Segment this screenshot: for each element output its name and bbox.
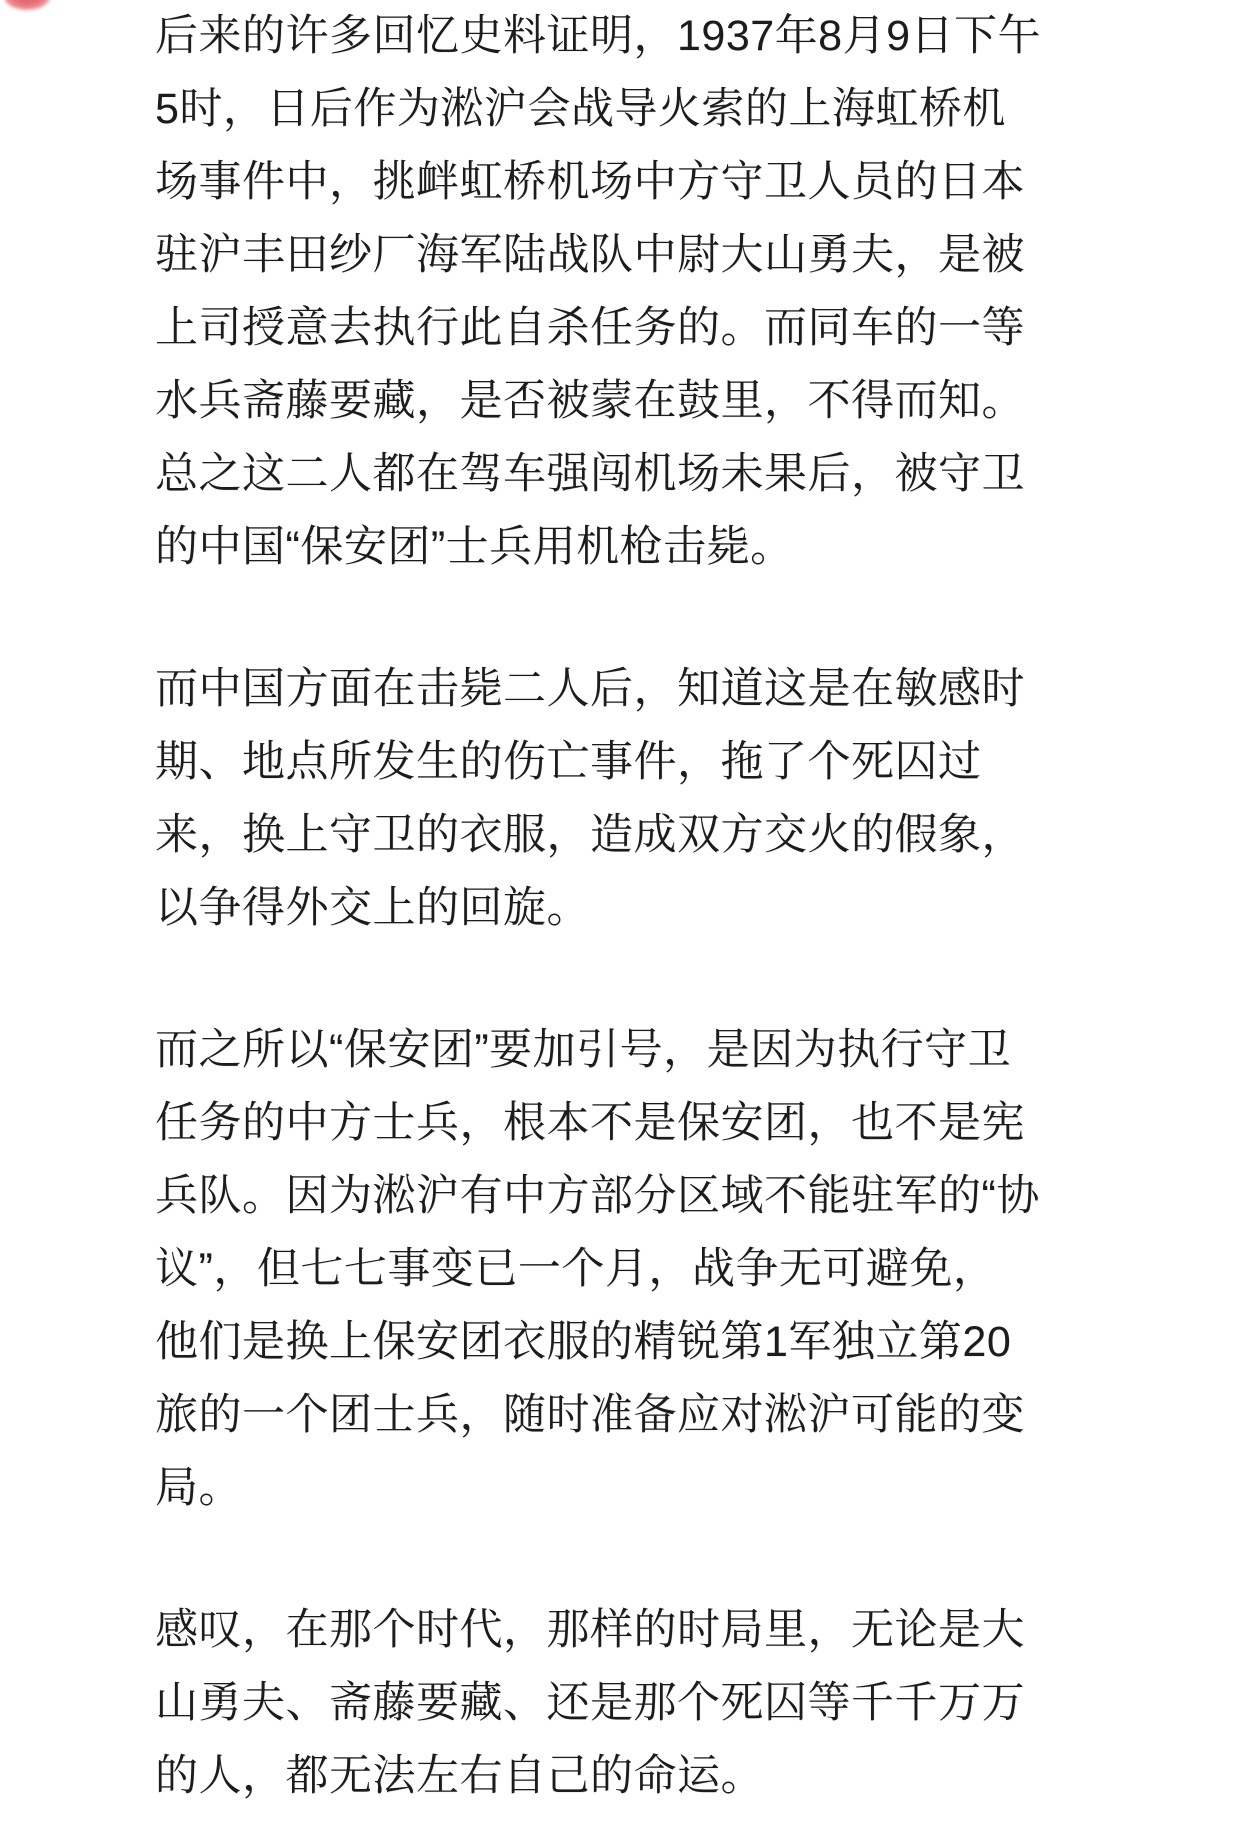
- text-line: 5时，日后作为淞沪会战导火索的上海虹桥机: [155, 73, 1055, 146]
- paragraph: 感叹，在那个时代，那样的时局里，无论是大山勇夫、斋藤要藏、还是那个死囚等千千万万…: [155, 1594, 1055, 1813]
- text-line: 而之所以“保安团”要加引号，是因为执行守卫: [155, 1014, 1055, 1087]
- text-line: 感叹，在那个时代，那样的时局里，无论是大: [155, 1594, 1055, 1667]
- text-line: 任务的中方士兵，根本不是保安团，也不是宪: [155, 1087, 1055, 1160]
- text-line: 驻沪丰田纱厂海军陆战队中尉大山勇夫，是被: [155, 219, 1055, 292]
- text-line: 水兵斋藤要藏，是否被蒙在鼓里，不得而知。: [155, 365, 1055, 438]
- text-line: 的人，都无法左右自己的命运。: [155, 1740, 1055, 1813]
- text-line: 局。: [155, 1452, 1055, 1525]
- text-line: 场事件中，挑衅虹桥机场中方守卫人员的日本: [155, 146, 1055, 219]
- text-line: 的中国“保安团”士兵用机枪击毙。: [155, 511, 1055, 584]
- paragraph: 而之所以“保安团”要加引号，是因为执行守卫任务的中方士兵，根本不是保安团，也不是…: [155, 1014, 1055, 1525]
- text-line: 议”，但七七事变已一个月，战争无可避免，: [155, 1233, 1055, 1306]
- reaction-blob-cutoff-icon: [4, 0, 50, 10]
- text-line: 以争得外交上的回旋。: [155, 872, 1055, 945]
- text-line: 期、地点所发生的伤亡事件，拖了个死囚过: [155, 726, 1055, 799]
- article-text: 后来的许多回忆史料证明，1937年8月9日下午5时，日后作为淞沪会战导火索的上海…: [155, 0, 1055, 1813]
- text-line: 他们是换上保安团衣服的精锐第1军独立第20: [155, 1306, 1055, 1379]
- text-line: 上司授意去执行此自杀任务的。而同车的一等: [155, 292, 1055, 365]
- text-line: 旅的一个团士兵，随时准备应对淞沪可能的变: [155, 1379, 1055, 1452]
- text-line: 总之这二人都在驾车强闯机场未果后，被守卫: [155, 438, 1055, 511]
- text-line: 后来的许多回忆史料证明，1937年8月9日下午: [155, 0, 1055, 73]
- text-line: 山勇夫、斋藤要藏、还是那个死囚等千千万万: [155, 1667, 1055, 1740]
- text-line: 来，换上守卫的衣服，造成双方交火的假象，: [155, 799, 1055, 872]
- text-line: 而中国方面在击毙二人后，知道这是在敏感时: [155, 653, 1055, 726]
- paragraph: 后来的许多回忆史料证明，1937年8月9日下午5时，日后作为淞沪会战导火索的上海…: [155, 0, 1055, 584]
- text-line: 兵队。因为淞沪有中方部分区域不能驻军的“协: [155, 1160, 1055, 1233]
- paragraph: 而中国方面在击毙二人后，知道这是在敏感时期、地点所发生的伤亡事件，拖了个死囚过来…: [155, 653, 1055, 945]
